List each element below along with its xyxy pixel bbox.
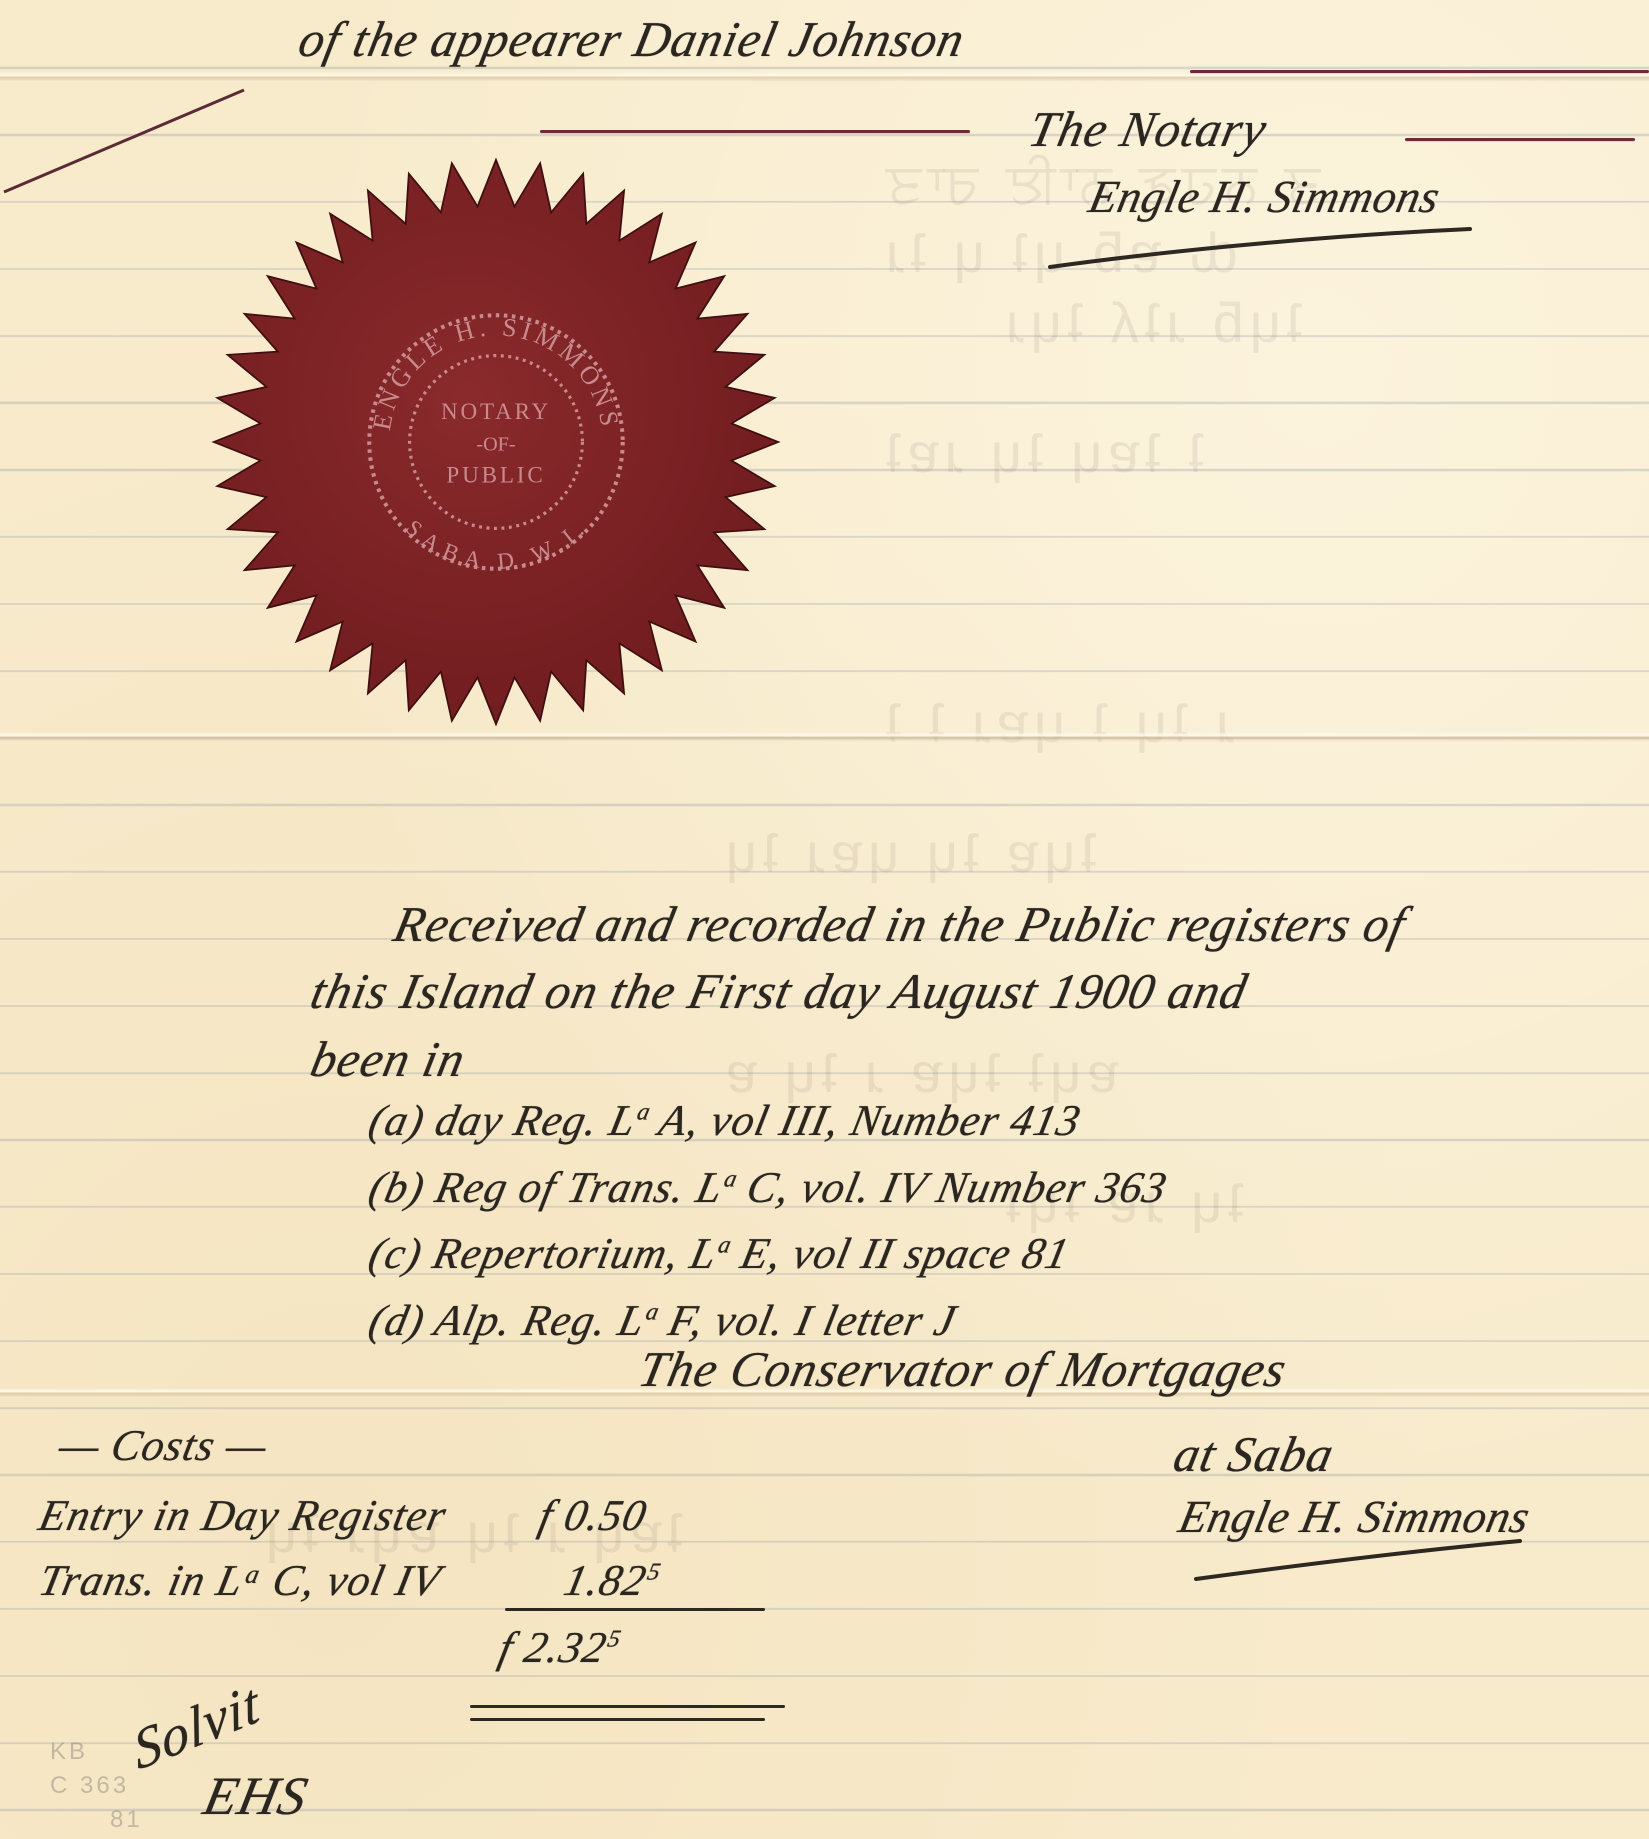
recording-line-3: been in	[306, 1030, 471, 1088]
cost-item-amount: 1.825	[560, 1555, 665, 1606]
bleed-through-text: ʇɥɐ ʇɥ ɥɐɹ ʇɥ	[720, 820, 1097, 885]
fill-line	[1405, 138, 1635, 141]
svg-text:PUBLIC: PUBLIC	[446, 461, 545, 487]
entry-label: (b)	[365, 1163, 430, 1212]
entry-rest: C, vol. IV Number 363	[731, 1163, 1172, 1212]
entry-text: Repertorium, L	[429, 1229, 722, 1278]
fill-line	[1190, 70, 1649, 73]
cost-item-label: Trans. in Lᵃ C, vol IV	[35, 1555, 446, 1606]
paid-initials: EHS	[198, 1765, 313, 1827]
svg-text:-OF-: -OF-	[476, 434, 515, 456]
recording-line-1: Received and recorded in the Public regi…	[389, 895, 1412, 953]
entry-rest: E, vol II space 81	[725, 1229, 1075, 1278]
entry-label: (a)	[365, 1096, 430, 1145]
fold-crease	[0, 732, 1649, 742]
bleed-through-text: ʇɥƃ ɹʇʎ ʇɥɹ	[1000, 290, 1303, 355]
svg-text:NOTARY: NOTARY	[441, 398, 551, 424]
signature-underline	[1040, 225, 1480, 275]
notary-signature: Engle H. Simmons	[1084, 170, 1444, 223]
bleed-through-text: ɹ ʇɥ ʇ ɥɐɹ ʇ ʇ	[880, 690, 1235, 755]
fill-line	[540, 130, 970, 133]
appearer-line: of the appearer Daniel Johnson	[294, 10, 970, 68]
total-double-line	[470, 1718, 765, 1721]
entry-label: (c)	[365, 1229, 427, 1278]
register-entry: (d) Alp. Reg. La F, vol. I letter J	[365, 1295, 961, 1346]
entry-text: day Reg. L	[431, 1096, 641, 1145]
register-entry: (b) Reg of Trans. La C, vol. IV Number 3…	[365, 1162, 1172, 1213]
costs-heading: — Costs —	[55, 1420, 273, 1471]
total-double-line	[470, 1705, 785, 1708]
bleed-through-text: ʇ ʇɐɥ ʇɥ ɹɐʇ	[880, 420, 1204, 485]
entry-rest: F, vol. I letter J	[652, 1296, 960, 1345]
recording-line-2: this Island on the First day August 1900…	[306, 962, 1253, 1020]
register-entry: (c) Repertorium, La E, vol II space 81	[365, 1228, 1075, 1279]
location: at Saba	[1169, 1425, 1340, 1483]
cost-total: f 2.325	[495, 1622, 625, 1673]
cost-item-amount: f 0.50	[535, 1490, 652, 1541]
entry-label: (d)	[365, 1296, 430, 1345]
register-entry: (a) day Reg. La A, vol III, Number 413	[365, 1095, 1086, 1146]
document-page: ਤ ਨਹਣ ਨਾਇ ਰਾਤ ԃ ɐƃ ɥʇ ɥ ʇɹ ʇɥƃ ɹʇʎ ʇɥɹ ʇ…	[0, 0, 1649, 1839]
pencil-notes: KB C 363 81	[50, 1735, 143, 1837]
seal-starburst-icon: ENGLE H. SIMMONS SABA D.W.I. NOTARY -OF-…	[208, 154, 784, 730]
notary-seal: ENGLE H. SIMMONS SABA D.W.I. NOTARY -OF-…	[208, 154, 784, 730]
entry-text: Alp. Reg. L	[430, 1296, 649, 1345]
conservator-title: The Conservator of Mortgages	[634, 1340, 1292, 1398]
cost-item-label: Entry in Day Register	[35, 1490, 452, 1541]
notary-title: The Notary	[1024, 100, 1273, 158]
sum-line	[505, 1608, 765, 1611]
entry-rest: A, vol III, Number 413	[644, 1096, 1086, 1145]
signature-underline	[1190, 1535, 1530, 1585]
entry-text: Reg of Trans. L	[431, 1163, 728, 1212]
